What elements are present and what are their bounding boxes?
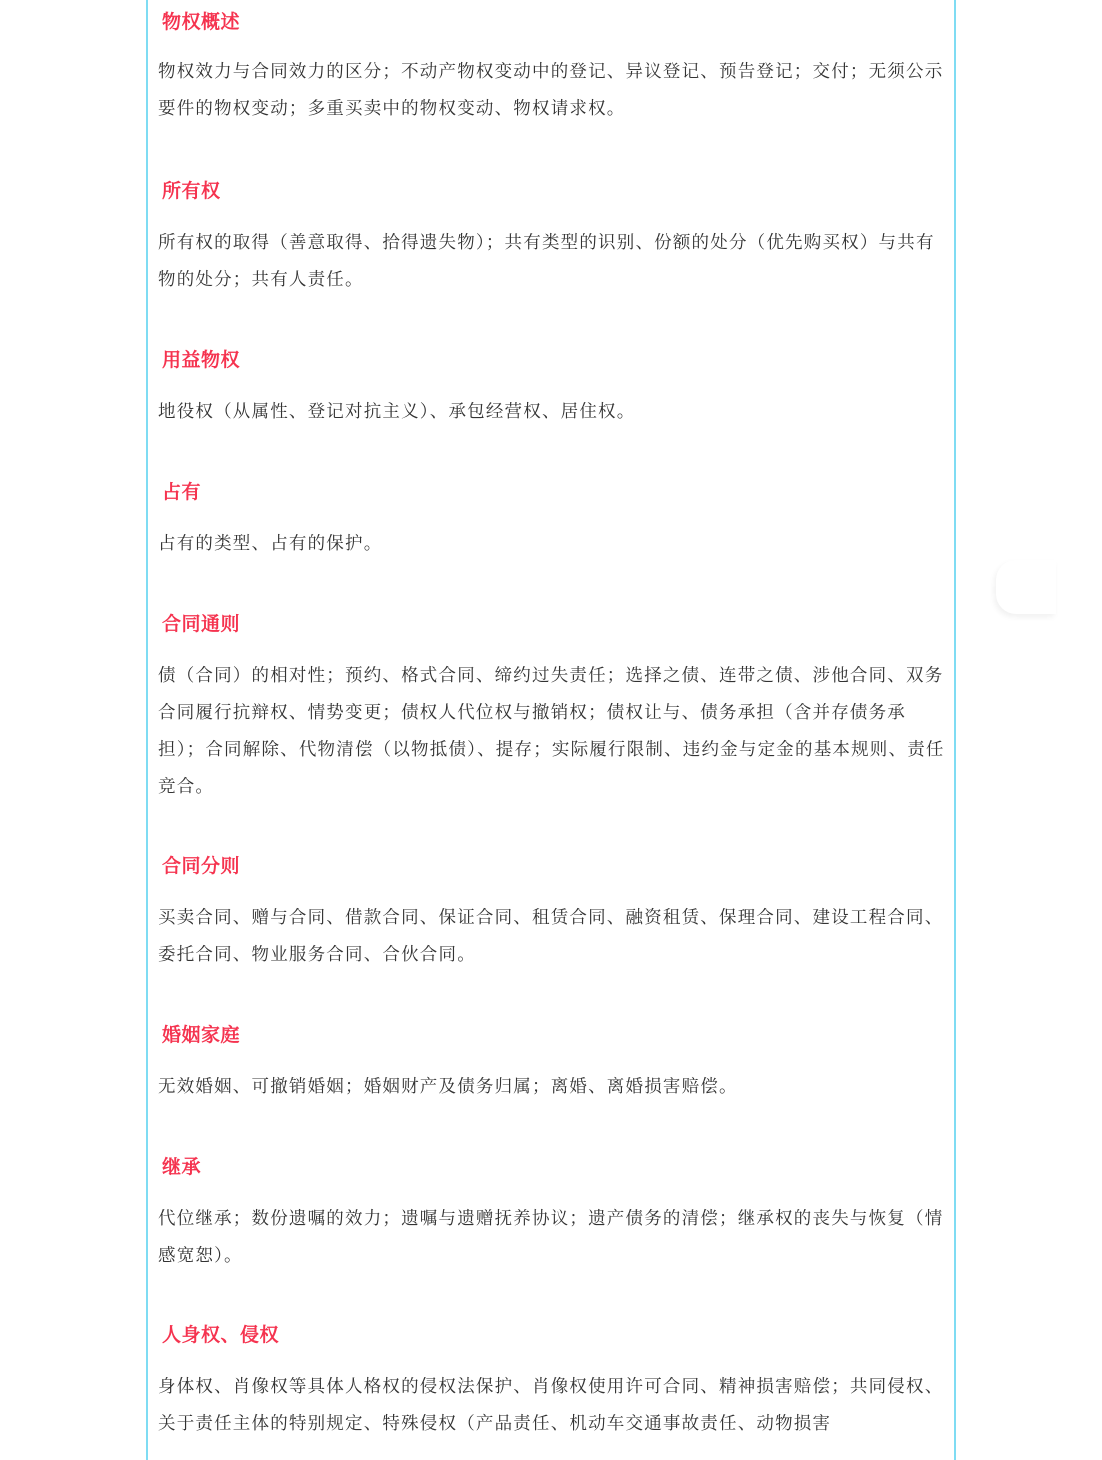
section-heading: 合同通则: [162, 612, 948, 636]
section-marriage-family: 婚姻家庭 无效婚姻、可撤销婚姻；婚姻财产及债务归属；离婚、离婚损害赔偿。: [158, 1023, 948, 1106]
section-heading: 继承: [162, 1155, 948, 1179]
section-body: 债（合同）的相对性；预约、格式合同、缔约过失责任；选择之债、连带之债、涉他合同、…: [158, 658, 948, 806]
section-ownership: 所有权 所有权的取得（善意取得、拾得遗失物）；共有类型的识别、份额的处分（优先购…: [158, 179, 948, 299]
section-heading: 占有: [162, 480, 948, 504]
section-usufruct: 用益物权 地役权（从属性、登记对抗主义）、承包经营权、居住权。: [158, 348, 948, 431]
section-body: 代位继承；数份遗嘱的效力；遗嘱与遗赠抚养协议；遗产债务的清偿；继承权的丧失与恢复…: [158, 1201, 948, 1275]
section-possession: 占有 占有的类型、占有的保护。: [158, 480, 948, 563]
section-contract-specific: 合同分则 买卖合同、赠与合同、借款合同、保证合同、租赁合同、融资租赁、保理合同、…: [158, 854, 948, 974]
section-inheritance: 继承 代位继承；数份遗嘱的效力；遗嘱与遗赠抚养协议；遗产债务的清偿；继承权的丧失…: [158, 1155, 948, 1275]
section-heading: 物权概述: [162, 10, 948, 34]
section-body: 地役权（从属性、登记对抗主义）、承包经营权、居住权。: [158, 394, 948, 431]
section-contract-general: 合同通则 债（合同）的相对性；预约、格式合同、缔约过失责任；选择之债、连带之债、…: [158, 612, 948, 806]
section-heading: 用益物权: [162, 348, 948, 372]
section-heading: 人身权、侵权: [162, 1323, 948, 1347]
section-heading: 所有权: [162, 179, 948, 203]
section-personality-tort: 人身权、侵权 身体权、肖像权等具体人格权的侵权法保护、肖像权使用许可合同、精神损…: [158, 1323, 948, 1443]
section-body: 物权效力与合同效力的区分；不动产物权变动中的登记、异议登记、预告登记；交付；无须…: [158, 54, 948, 128]
section-heading: 合同分则: [162, 854, 948, 878]
section-body: 买卖合同、赠与合同、借款合同、保证合同、租赁合同、融资租赁、保理合同、建设工程合…: [158, 900, 948, 974]
section-body: 所有权的取得（善意取得、拾得遗失物）；共有类型的识别、份额的处分（优先购买权）与…: [158, 225, 948, 299]
section-body: 占有的类型、占有的保护。: [158, 526, 948, 563]
section-property-overview: 物权概述 物权效力与合同效力的区分；不动产物权变动中的登记、异议登记、预告登记；…: [158, 10, 948, 128]
section-heading: 婚姻家庭: [162, 1023, 948, 1047]
section-body: 无效婚姻、可撤销婚姻；婚姻财产及债务归属；离婚、离婚损害赔偿。: [158, 1069, 948, 1106]
section-body: 身体权、肖像权等具体人格权的侵权法保护、肖像权使用许可合同、精神损害赔偿；共同侵…: [158, 1369, 948, 1443]
floating-side-button[interactable]: [996, 560, 1056, 614]
